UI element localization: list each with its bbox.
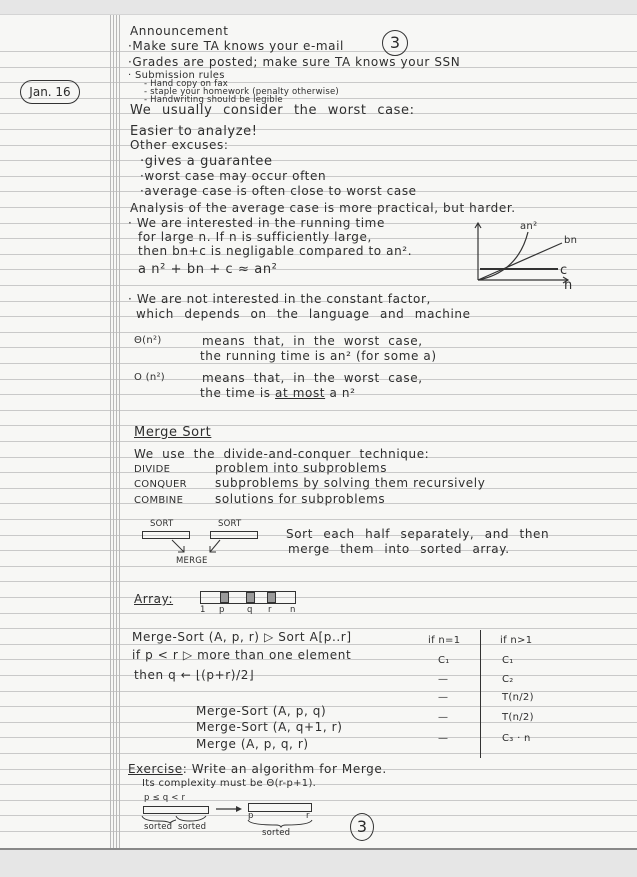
running-time-line: then bn+c is negligable compared to an².	[138, 244, 412, 259]
diagram-merge-label: MERGE	[176, 557, 208, 566]
exercise-complexity: Its complexity must be Θ(r-p+1).	[142, 778, 316, 789]
exercise-condition: p ≤ q < r	[144, 794, 185, 803]
exercise-arrow-icon	[216, 805, 244, 813]
ruled-line	[0, 519, 637, 520]
cost-cell: —	[438, 733, 448, 744]
pseudocode-line: then q ← ⌊(p+r)/2⌋	[134, 668, 254, 683]
ruled-line	[0, 800, 637, 801]
theta-line2: the running time is an² (for some a)	[200, 349, 437, 364]
page-number-footer: 3	[350, 813, 374, 841]
bigo-line1: means that, in the worst case,	[202, 371, 423, 386]
cost-cell: C₃ · n	[502, 733, 531, 744]
ruled-line	[0, 613, 637, 614]
exercise-text: : Write an algorithm for Merge.	[183, 762, 387, 776]
merge-sort-heading: Merge Sort	[134, 425, 211, 440]
excuse-item: ·worst case may occur often	[140, 169, 326, 184]
exercise-label: Exercise	[128, 762, 183, 776]
pseudocode-line: Merge-Sort (A, p, q)	[196, 704, 326, 719]
exercise-left-array	[143, 806, 209, 814]
exercise-sorted-label: sorted	[144, 823, 172, 832]
graph-label-x-axis: n	[564, 278, 573, 293]
merge-sort-intro: We use the divide-and-conquer technique:	[134, 447, 429, 462]
array-index: q	[247, 606, 253, 615]
cost-cell: —	[438, 692, 448, 703]
cost-header: if n>1	[500, 635, 532, 646]
step-desc-combine: solutions for subproblems	[215, 492, 385, 507]
array-label: Array:	[134, 592, 173, 607]
pseudocode-line: Merge (A, p, q, r)	[196, 737, 309, 752]
step-desc-divide: problem into subproblems	[215, 461, 387, 476]
exercise-sorted-label: sorted	[178, 823, 206, 832]
pseudocode-line: Merge-Sort (A, p, r) ▷ Sort A[p..r]	[132, 630, 352, 645]
worst-case-intro: We usually consider the worst case:	[130, 103, 415, 118]
exercise-right-sorted-label: sorted	[262, 829, 290, 838]
other-excuses-label: Other excuses:	[130, 138, 228, 153]
exercise-brace-sorted	[246, 818, 316, 828]
ruled-line	[0, 581, 637, 582]
graph-label-quadratic: an²	[520, 221, 537, 232]
step-key-combine: COMBINE	[134, 495, 183, 506]
ruled-line	[0, 675, 637, 676]
announcement-title: Announcement	[130, 24, 229, 39]
array-index: 1	[200, 606, 206, 615]
array-index: n	[290, 606, 296, 615]
ruled-line	[0, 425, 637, 426]
exercise-line: Exercise: Write an algorithm for Merge.	[128, 762, 387, 777]
ruled-line	[0, 691, 637, 692]
merge-description-line: merge them into sorted array.	[288, 542, 510, 557]
running-time-line: for large n. If n is sufficiently large,	[138, 230, 372, 245]
ruled-line	[0, 98, 637, 99]
pseudocode-line: Merge-Sort (A, q+1, r)	[196, 720, 342, 735]
ruled-line	[0, 160, 637, 161]
announcement-item: ·Grades are posted; make sure TA knows y…	[128, 55, 460, 70]
page-number-circle: 3	[382, 30, 408, 56]
merge-arrows	[170, 538, 230, 558]
bigo-line2-prefix: the time is	[200, 386, 271, 400]
cost-cell: T(n/2)	[502, 692, 534, 703]
at-most-emphasis: at most	[275, 386, 325, 400]
pseudocode-line: if p < r ▷ more than one element	[132, 648, 351, 663]
merge-description-line: Sort each half separately, and then	[286, 527, 549, 542]
excuse-item: ·average case is often close to worst ca…	[140, 184, 417, 199]
diagram-sort-label: SORT	[218, 520, 241, 529]
exercise-right-array	[248, 803, 312, 812]
announcement-item: ·Make sure TA knows your e-mail	[128, 39, 344, 54]
ruled-line	[0, 332, 637, 333]
array-index: r	[268, 606, 272, 615]
constant-factor-line: which depends on the language and machin…	[136, 307, 471, 322]
cost-cell: C₁	[438, 655, 450, 666]
running-time-line: · We are interested in the running time	[128, 216, 385, 231]
ruled-line	[0, 737, 637, 738]
step-key-divide: DIVIDE	[134, 464, 170, 475]
easier-to-analyze: Easier to analyze!	[130, 124, 258, 139]
diagram-sort-label: SORT	[150, 520, 173, 529]
ruled-line	[0, 410, 637, 411]
date-badge: Jan. 16	[20, 80, 80, 104]
array-cell-r	[267, 592, 276, 603]
array-index: p	[219, 606, 225, 615]
step-key-conquer: CONQUER	[134, 479, 187, 490]
constant-factor-line: · We are not interested in the constant …	[128, 292, 431, 307]
cost-cell: C₂	[502, 674, 514, 685]
bigo-line2-suffix: a n²	[330, 386, 356, 400]
array-cell-p	[220, 592, 229, 603]
graph-label-constant: c	[560, 263, 568, 278]
cost-cell: —	[438, 674, 448, 685]
cost-cell: T(n/2)	[502, 712, 534, 723]
cost-table-divider	[480, 630, 481, 758]
ruled-line	[0, 129, 637, 130]
bigo-symbol: O (n²)	[134, 372, 165, 383]
cost-cell: —	[438, 712, 448, 723]
bigo-line2: the time is at most a n²	[200, 386, 356, 401]
ruled-line	[0, 82, 637, 83]
ruled-line	[0, 753, 637, 754]
ruled-line	[0, 784, 637, 785]
average-case-note: Analysis of the average case is more pra…	[130, 201, 516, 216]
cost-header: if n=1	[428, 635, 460, 646]
ruled-line	[0, 566, 637, 567]
theta-symbol: Θ(n²)	[134, 335, 162, 346]
cost-cell: C₁	[502, 655, 514, 666]
ruled-line	[0, 145, 637, 146]
graph-label-linear: bn	[564, 235, 577, 246]
ruled-line	[0, 815, 637, 816]
step-desc-conquer: subproblems by solving them recursively	[215, 476, 485, 491]
ruled-line	[0, 831, 637, 832]
theta-line1: means that, in the worst case,	[202, 334, 423, 349]
array-cell-q	[246, 592, 255, 603]
ruled-line	[0, 441, 637, 442]
ruled-line	[0, 597, 637, 598]
excuse-item: ·gives a guarantee	[140, 154, 273, 169]
approximation-formula: a n² + bn + c ≈ an²	[138, 262, 277, 277]
